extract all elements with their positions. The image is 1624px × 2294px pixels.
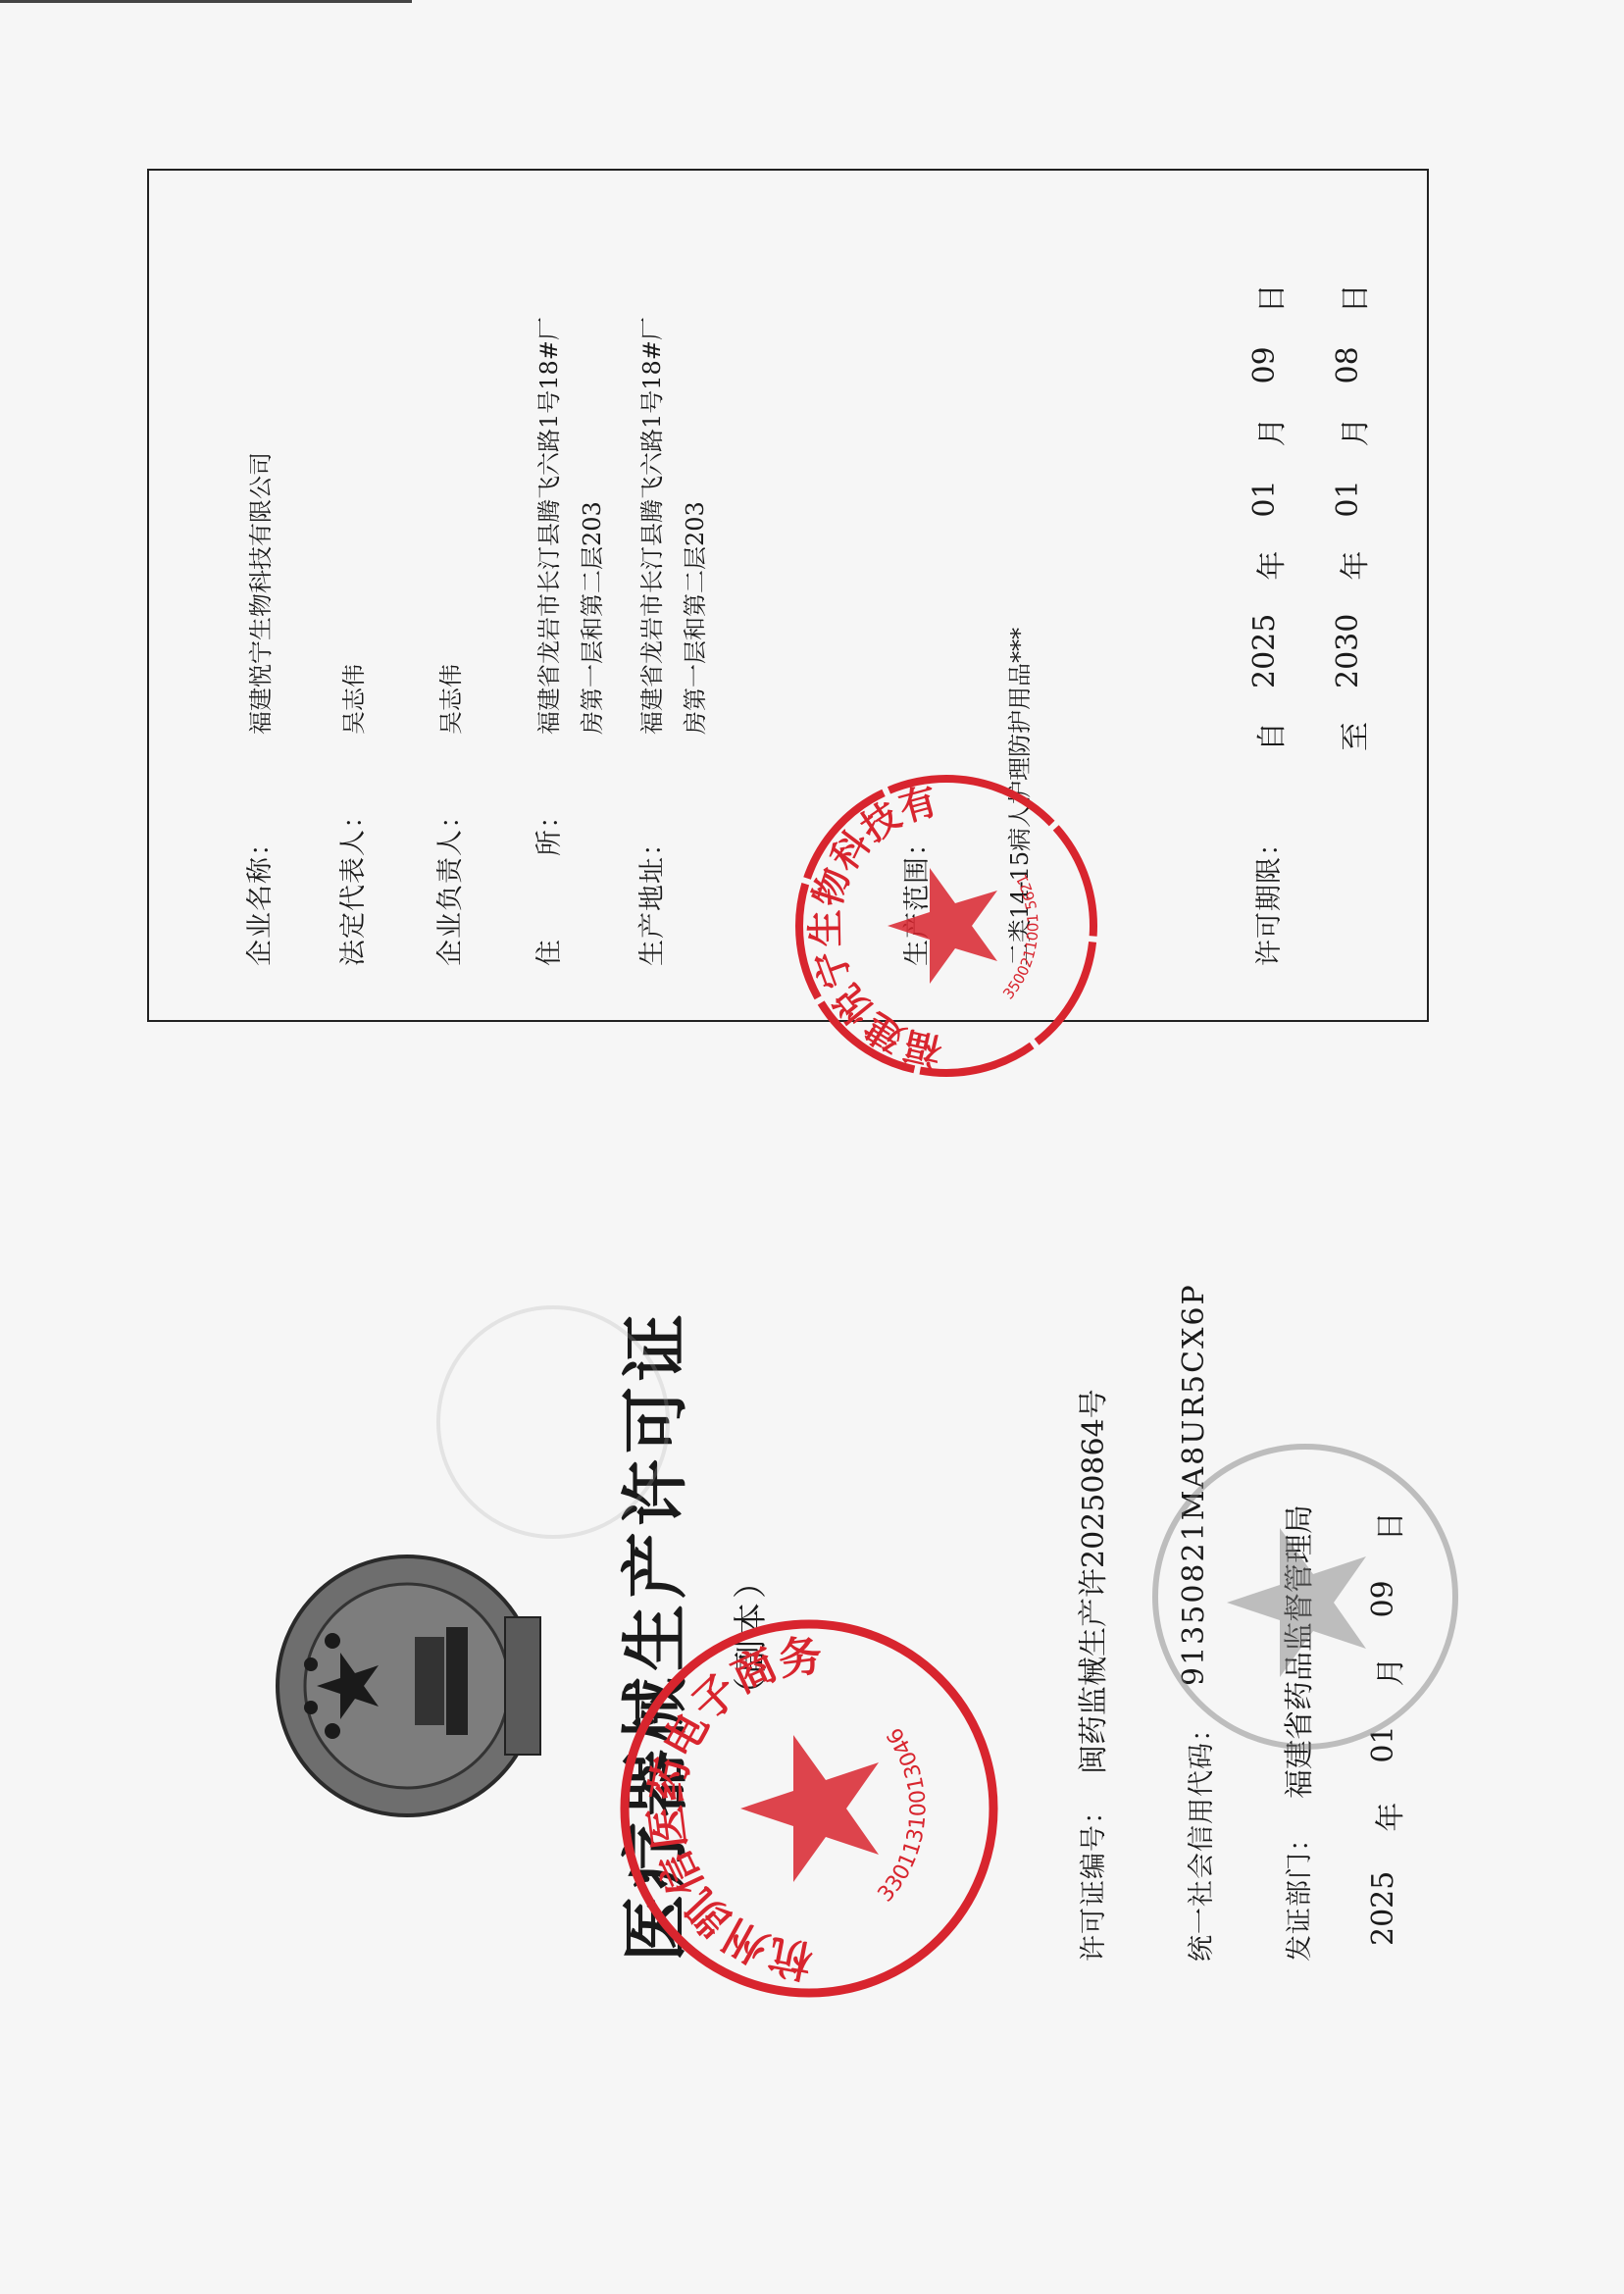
validity-from-prefix: 自 [1247, 722, 1291, 751]
validity-from-month: 01 [1247, 480, 1291, 517]
residence-label: 住 所： [528, 801, 566, 966]
validity-from-day: 09 [1247, 346, 1291, 383]
company-name-label: 企业名称： [238, 829, 277, 966]
svg-text:3500211001 5621: 3500211001 5621 [999, 872, 1041, 1003]
issue-year: 2025 [1366, 1871, 1409, 1946]
responsible-person-label: 企业负责人： [429, 801, 467, 966]
month-unit: 月 [1247, 417, 1291, 446]
validity-to: 至 2030 年 01 月 08 日 [1331, 283, 1374, 751]
company-name-value: 福建悦宁生物科技有限公司 [241, 452, 276, 735]
validity-from: 自 2025 年 01 月 09 日 [1247, 283, 1291, 751]
responsible-person-value: 吴志伟 [431, 664, 466, 735]
company-seal-code: 3500211001 5621 [999, 872, 1041, 1003]
credit-code-label: 统一社会信用代码： [1180, 1714, 1218, 1962]
validity-to-month: 01 [1331, 480, 1374, 517]
validity-to-day: 08 [1331, 346, 1374, 383]
residence-value-line1: 福建省龙岩市长汀县腾飞六路1号18#厂 [530, 317, 564, 735]
production-address-line2: 房第一层和第二层203 [676, 501, 710, 735]
license-document: 企业名称： 福建悦宁生物科技有限公司 法定代表人： 吴志伟 企业负责人： 吴志伟… [0, 0, 1624, 2294]
production-address-line1: 福建省龙岩市长汀县腾飞六路1号18#厂 [633, 317, 667, 735]
year-unit: 年 [1247, 551, 1291, 581]
year-unit: 年 [1331, 551, 1374, 581]
license-no-label: 许可证编号： [1072, 1797, 1110, 1962]
validity-to-year: 2030 [1331, 614, 1374, 688]
company-red-seal: 福建悦宁生物科技有限公司 3500211001 5621 [785, 764, 1108, 1088]
validity-to-prefix: 至 [1331, 722, 1374, 751]
distributor-seal-code: 33011310013046 [874, 1723, 932, 1908]
star-icon [740, 1735, 879, 1882]
production-address-label: 生产地址： [631, 829, 669, 966]
faint-watermark-stamp [436, 1305, 670, 1539]
issuer-official-stamp [1152, 1444, 1458, 1750]
day-unit: 日 [1247, 283, 1291, 313]
license-no-value: 闽药监械生产许20250864号 [1069, 1389, 1112, 1774]
national-emblem-icon [260, 1519, 544, 1833]
distributor-red-seal: 杭州凯信医药电子商务有限公司 33011310013046 [613, 1612, 1005, 2005]
star-icon [1158, 1461, 1441, 1744]
legal-rep-label: 法定代表人： [331, 801, 370, 966]
star-icon [888, 868, 997, 984]
legal-rep-value: 吴志伟 [334, 664, 369, 735]
residence-value-line2: 房第一层和第二层203 [573, 501, 607, 735]
svg-text:33011310013046: 33011310013046 [874, 1723, 932, 1908]
validity-from-year: 2025 [1247, 614, 1291, 688]
year-unit: 年 [1366, 1803, 1409, 1832]
day-unit: 日 [1331, 283, 1374, 313]
issuer-label: 发证部门： [1278, 1824, 1316, 1962]
month-unit: 月 [1331, 417, 1374, 446]
validity-label: 许可期限： [1247, 829, 1286, 966]
